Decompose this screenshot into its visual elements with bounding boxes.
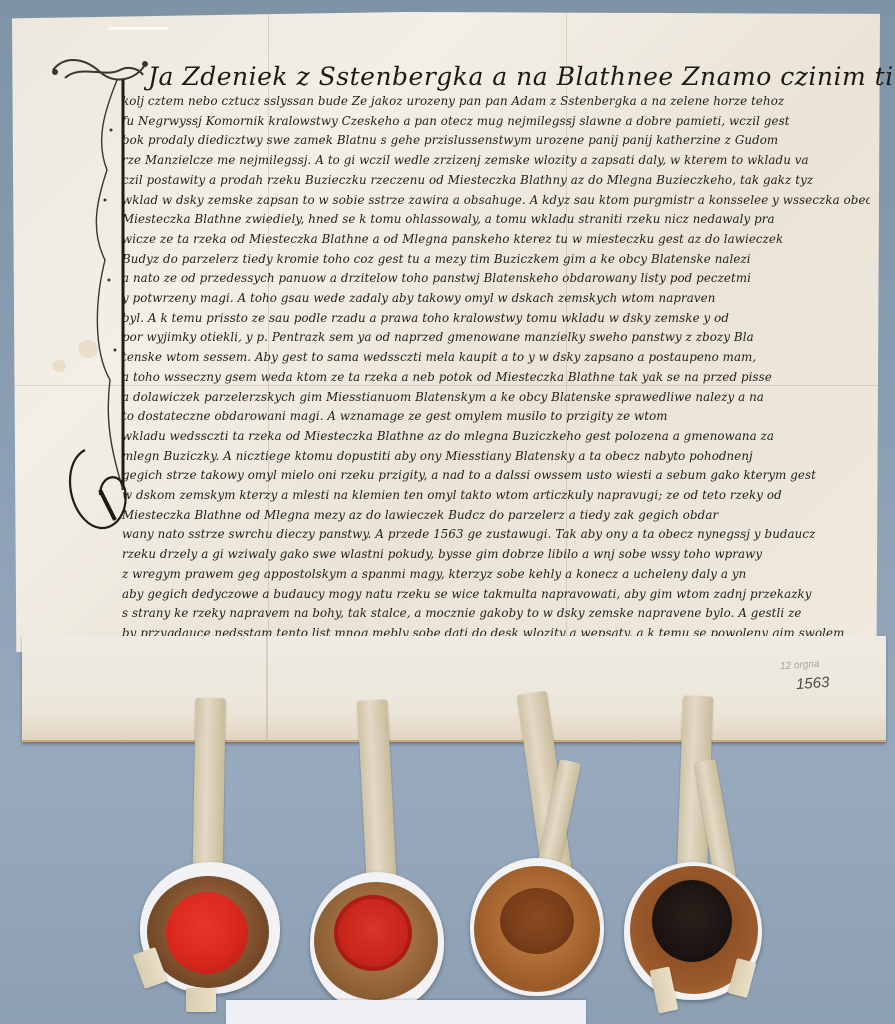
- text-line: aby gegich dedyczowe a budaucy mogy natu…: [122, 585, 870, 605]
- text-line: rzeku drzely a gi wziwaly gako swe wlast…: [122, 545, 870, 565]
- brown-wax-impression: [500, 888, 574, 954]
- text-line: to dostateczne obdarowani magi. A wznama…: [122, 407, 870, 427]
- label-card: [226, 1000, 586, 1024]
- black-wax-impression: [652, 880, 732, 962]
- text-line: wklad w dsky zemske zapsan to w sobie ss…: [122, 191, 870, 211]
- text-line: fu Negrwyssj Komornik kralowstwy Czeskeh…: [122, 112, 870, 132]
- text-line: y potwrzeny magi. A toho gsau wede zadal…: [122, 289, 870, 309]
- text-line: byl. A k temu prissto ze sau podle rzadu…: [122, 309, 870, 329]
- charter-body-text: kolj cztem nebo cztucz sslyssan bude Ze …: [122, 92, 870, 663]
- text-line: rze Manzielcze me nejmilegssj. A to gi w…: [122, 151, 870, 171]
- archive-date-note: 1563: [795, 674, 829, 693]
- red-wax-impression: [166, 892, 248, 974]
- strap-end: [186, 988, 216, 1012]
- plica-seam: [266, 636, 268, 740]
- text-line: kolj cztem nebo cztucz sslyssan bude Ze …: [122, 92, 870, 112]
- text-line: bok prodaly diedicztwy swe zamek Blatnu …: [122, 131, 870, 151]
- text-line: wkladu wedssczti ta rzeka od Miesteczka …: [122, 427, 870, 447]
- text-line: a dolawiczek parzelerzskych gim Miesstia…: [122, 388, 870, 408]
- text-line: w dskom zemskym kterzy a mlesti na klemi…: [122, 486, 870, 506]
- text-line: tenske wtom sessem. Aby gest to sama wed…: [122, 348, 870, 368]
- text-line: s strany ke rzeky napravem na bohy, tak …: [122, 604, 870, 624]
- text-line: wany nato sstrze swrchu dieczy panstwy. …: [122, 525, 870, 545]
- text-line: Miesteczka Blathne zwiediely, hned se k …: [122, 210, 870, 230]
- text-line: z wregym prawem geg appostolskym a spanm…: [122, 565, 870, 585]
- plica-fold: [22, 636, 886, 742]
- text-line: Budyz do parzelerz tiedy kromie toho coz…: [122, 250, 870, 270]
- text-line: wicze ze ta rzeka od Miesteczka Blathne …: [122, 230, 870, 250]
- seal-strap: [192, 698, 225, 888]
- text-line: Miesteczka Blathne od Mlegna mezy az do …: [122, 506, 870, 526]
- text-line: gegich strze takowy omyl mielo oni rzeku…: [122, 466, 870, 486]
- light-glare: [108, 27, 168, 30]
- text-line: mlegn Buziczky. A nicztiege ktomu dopust…: [122, 447, 870, 467]
- text-line: czil postawity a prodah rzeku Buzieczku …: [122, 171, 870, 191]
- red-wax-impression: [334, 895, 412, 971]
- text-line: a toho wsseczny gsem weda ktom ze ta rze…: [122, 368, 870, 388]
- charter-opening-line: Ja Zdeniek z Sstenbergka a na Blathnee Z…: [148, 62, 888, 91]
- text-line: a nato ze od przedessych panuow a drzite…: [122, 269, 870, 289]
- text-line: por wyjimky otiekli, y p. Pentrazk sem y…: [122, 328, 870, 348]
